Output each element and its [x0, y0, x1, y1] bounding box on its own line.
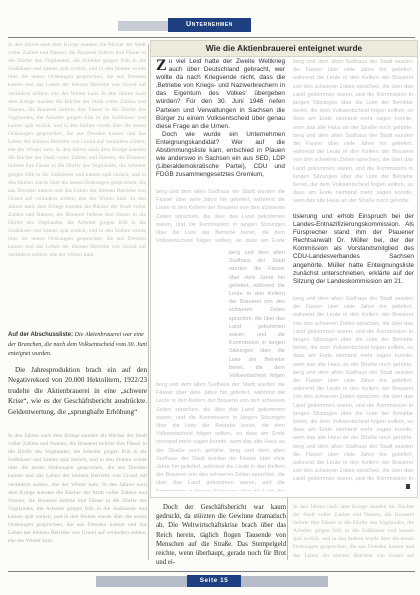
production-paragraph: Die Jahresproduktion brach ein auf den N…	[8, 365, 147, 429]
section-header-label: Unternehmen	[168, 18, 251, 32]
illegible-text-block: berg und dem alten Sudhaus der Stadt wur…	[293, 295, 413, 481]
newspaper-page: Unternehmen In den Jahren nach dem Krieg…	[0, 0, 420, 595]
end-of-article-marker	[406, 484, 410, 489]
illegible-text-block-narrow: berg und dem alten Sudhaus der Stadt wur…	[229, 249, 285, 378]
intro-paragraph-1-text: u viel Leid hatte der Zweite Weltkrieg a…	[156, 58, 285, 130]
drop-cap: Z	[156, 59, 167, 73]
illegible-text-block: berg und dem alten Sudhaus der Stadt wur…	[156, 381, 285, 491]
illegible-text-block: berg und dem alten Sudhaus der Stadt wur…	[293, 58, 413, 210]
intro-paragraph-1: Zu viel Leid hatte der Zweite Weltkrieg …	[156, 58, 285, 131]
illegible-text-block: In den Jahren nach dem Kriege standen di…	[8, 432, 147, 556]
photo-caption: Auf der Abschussliste: Die Aktienbrauere…	[8, 331, 149, 362]
illegible-text-block: In den Jahren nach dem Kriege standen di…	[293, 503, 414, 561]
right-column-paragraph: tisierung und erhob Einspruch bei der La…	[293, 213, 414, 292]
illegible-text-block: berg und dem alten Sudhaus der Stadt wur…	[156, 188, 285, 246]
intro-paragraph-2: Doch wie wurde ein Unternehmen Enteignun…	[156, 131, 285, 180]
intro-paragraphs: Zu viel Leid hatte der Zweite Weltkrieg …	[156, 58, 285, 186]
page-number-label: Seite 15	[187, 575, 241, 587]
article-title: Wie die Aktienbrauerei enteignet wurde	[151, 41, 417, 57]
illegible-text-block: In den Jahren nach dem Kriege standen di…	[8, 41, 146, 298]
column-rule-left	[148, 44, 149, 560]
header-rule	[8, 37, 415, 38]
crisis-paragraph: Doch der Geschäftsbericht war kaum gedru…	[156, 503, 286, 567]
footer-rule	[8, 571, 415, 572]
photo-caption-lead: Auf der Abschussliste:	[8, 332, 73, 338]
